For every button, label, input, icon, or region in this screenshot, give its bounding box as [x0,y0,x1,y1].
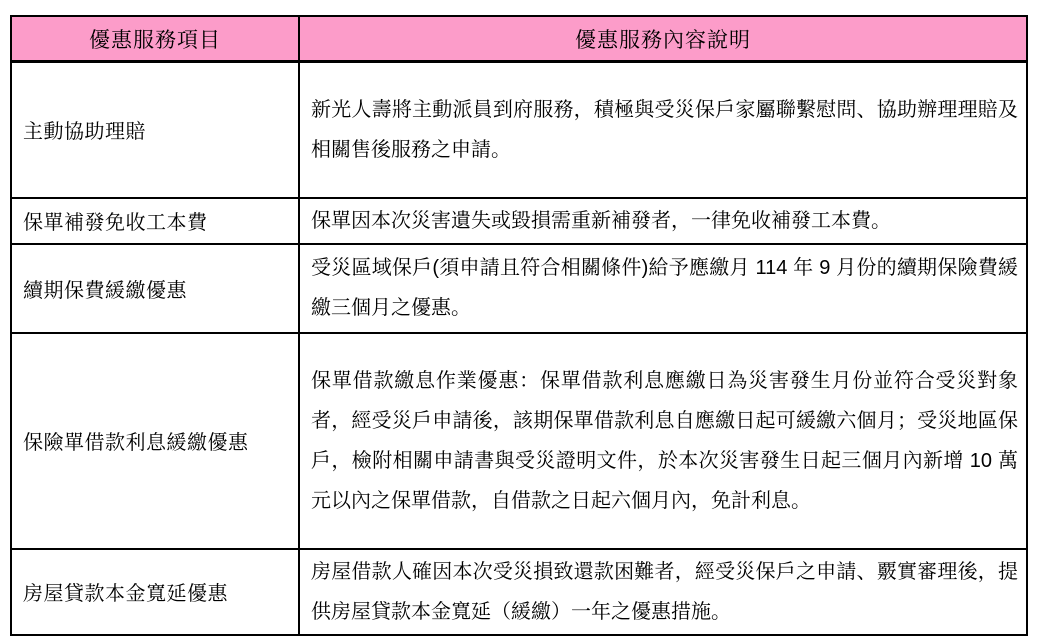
table-row: 保險單借款利息緩繳優惠 保單借款繳息作業優惠：保單借款利息應繳日為災害發生月份並… [11,333,1027,549]
service-description-cell: 受災區域保戶(須申請且符合相關條件)給予應繳月 114 年 9 月份的續期保險費… [299,244,1027,333]
service-description-cell: 房屋借款人確因本次受災損致還款困難者，經受災保戶之申請、覈實審理後，提供房屋貸款… [299,549,1027,635]
service-description-cell: 新光人壽將主動派員到府服務，積極與受災保戶家屬聯繫慰問、協助辦理理賠及相關售後服… [299,62,1027,198]
discount-services-table: 優惠服務項目 優惠服務內容說明 主動協助理賠 新光人壽將主動派員到府服務，積極與… [10,15,1028,636]
service-item-cell: 保險單借款利息緩繳優惠 [11,333,299,549]
table-row: 房屋貸款本金寬延優惠 房屋借款人確因本次受災損致還款困難者，經受災保戶之申請、覈… [11,549,1027,635]
header-description-column: 優惠服務內容說明 [299,16,1027,62]
service-item-cell: 保單補發免收工本費 [11,198,299,244]
table-header-row: 優惠服務項目 優惠服務內容說明 [11,16,1027,62]
service-item-cell: 續期保費緩繳優惠 [11,244,299,333]
service-item-cell: 房屋貸款本金寬延優惠 [11,549,299,635]
table-row: 續期保費緩繳優惠 受災區域保戶(須申請且符合相關條件)給予應繳月 114 年 9… [11,244,1027,333]
service-description-cell: 保單因本次災害遺失或毀損需重新補發者，一律免收補發工本費。 [299,198,1027,244]
service-item-cell: 主動協助理賠 [11,62,299,198]
service-description-cell: 保單借款繳息作業優惠：保單借款利息應繳日為災害發生月份並符合受災對象者，經受災戶… [299,333,1027,549]
header-item-column: 優惠服務項目 [11,16,299,62]
table-row: 主動協助理賠 新光人壽將主動派員到府服務，積極與受災保戶家屬聯繫慰問、協助辦理理… [11,62,1027,198]
table-row: 保單補發免收工本費 保單因本次災害遺失或毀損需重新補發者，一律免收補發工本費。 [11,198,1027,244]
